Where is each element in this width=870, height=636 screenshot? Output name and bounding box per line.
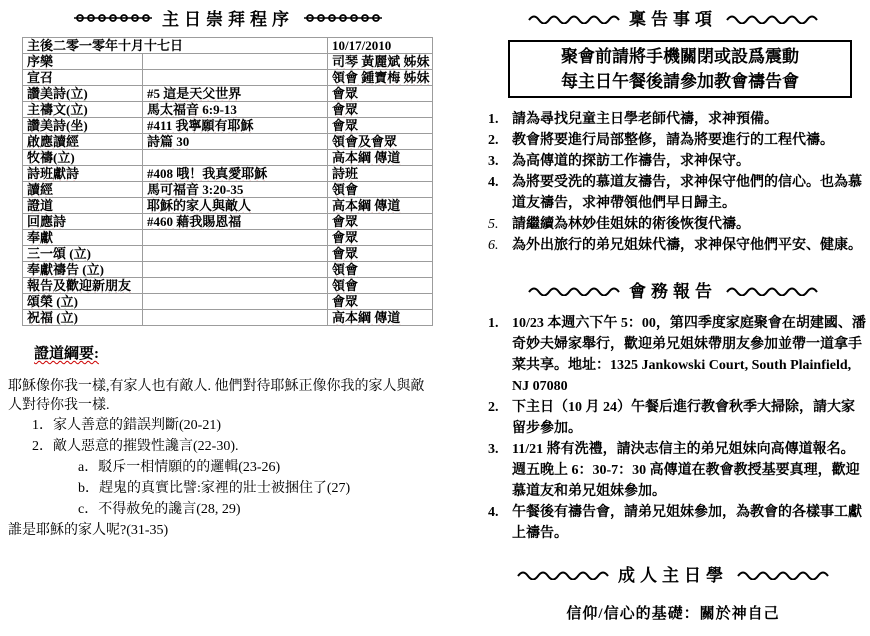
service-item-cell: 頌榮 (立) [23, 294, 143, 310]
proofed-text: 序樂 [27, 54, 53, 69]
service-who-cell: 詩班 [328, 166, 433, 182]
table-row: 啟應讀經詩篇 30領會及會眾 [23, 134, 433, 150]
loop-chain-ornament-icon [303, 12, 383, 24]
service-content-cell: #5 這是天父世界 [143, 86, 328, 102]
table-row: 證道耶穌的家人與敵人高本綱 傳道 [23, 198, 433, 214]
proofed-text: 報告及歡迎新朋友 [27, 278, 131, 293]
service-content-cell [143, 150, 328, 166]
list-item-number: 6. [488, 235, 512, 256]
proofed-text: 宣召 [27, 70, 53, 85]
report-title: 會務報告 [629, 277, 717, 302]
list-item-text: 為外出旅行的弟兄姐妹代禱，求神保守他們平安、健康。 [512, 235, 868, 256]
service-item-cell: 奉獻禱告 (立) [23, 262, 143, 278]
proofed-text: 領會 [332, 262, 358, 277]
list-item-text: 11/21 將有洗禮，請決志信主的弟兄姐妹向高傳道報名。週五晚上 6：30-7：… [512, 439, 868, 502]
service-item-cell: 讚美詩(坐) [23, 118, 143, 134]
list-item-number: 3. [488, 151, 512, 172]
proofed-text: 啟應讀經 [27, 134, 79, 149]
report-item: 2.下主日（10 月 24）午餐后進行教會秋季大掃除，請大家留步參加。 [478, 397, 868, 439]
proofed-text: (立) [53, 150, 75, 165]
report-item: 1.10/23 本週六下午 5：00，第四季度家庭聚會在胡建國、潘奇妙夫婦家舉行… [478, 313, 868, 397]
service-order-table: 主後二零一零年十月十七日10/17/2010序樂司琴 黃麗斌 姊妹宣召領會 鍾寶… [22, 37, 433, 326]
list-item-number: 1. [488, 313, 512, 334]
wave-scroll-ornament-icon [528, 12, 620, 24]
service-content-cell [143, 310, 328, 326]
table-row: 牧禱(立)高本綱 傳道 [23, 150, 433, 166]
table-row: 讚美詩(坐)#411 我寧願有耶穌會眾 [23, 118, 433, 134]
sermon-outline-subpoint: b．趕鬼的真實比譬:家裡的壯士被捆住了(27) [78, 478, 448, 499]
list-item-number: 2. [488, 130, 512, 151]
service-who-cell: 領會及會眾 [328, 134, 433, 150]
proofed-text: 頌榮 [27, 294, 53, 309]
report-item: 3.11/21 將有洗禮，請決志信主的弟兄姐妹向高傳道報名。週五晚上 6：30-… [478, 439, 868, 502]
service-who-cell: 領會 [328, 262, 433, 278]
sermon-outline-heading: 證道綱要: [34, 342, 99, 363]
service-item-cell: 讀經 [23, 182, 143, 198]
service-content-cell [143, 230, 328, 246]
proofed-text: #408 哦！我真愛耶穌 [147, 166, 267, 181]
service-content-cell [143, 246, 328, 262]
table-row: 回應詩#460 藉我賜恩福會眾 [23, 214, 433, 230]
service-date-label: 主後二零一零年十月十七日 [23, 38, 328, 54]
notice-line-2: 每主日午餐後請參加教會禱告會 [510, 69, 850, 94]
sunday-school-title: 成人主日學 [618, 561, 728, 586]
worship-order-title-row: 主日崇拜程序 [0, 5, 456, 30]
service-item-cell: 宣召 [23, 70, 143, 86]
list-item-number: 4. [488, 502, 512, 523]
table-row: 主禱文(立)馬太福音 6:9-13會眾 [23, 102, 433, 118]
service-who-cell: 會眾 [328, 86, 433, 102]
service-date-value: 10/17/2010 [328, 38, 433, 54]
proofed-text: 會眾 [332, 214, 358, 229]
proofed-text: 牧禱 [27, 150, 53, 165]
list-item-number: 3. [488, 439, 512, 460]
service-item-cell: 證道 [23, 198, 143, 214]
list-item-number: 4. [488, 172, 512, 193]
table-row: 宣召領會 鍾寶梅 姊妹 [23, 70, 433, 86]
list-item-text: 教會將要進行局部整修，請為將要進行的工程代禱。 [512, 130, 868, 151]
list-item-text: 下主日（10 月 24）午餐后進行教會秋季大掃除，請大家留步參加。 [512, 397, 868, 439]
list-item-text: 為高傳道的探訪工作禱告，求神保守。 [512, 151, 868, 172]
service-table-body: 主後二零一零年十月十七日10/17/2010序樂司琴 黃麗斌 姊妹宣召領會 鍾寶… [23, 38, 433, 326]
prayer-item: 4.為將要受洗的慕道友禱告，求神保守他們的信心。也為慕道友禱告，求神帶領他們早日… [478, 172, 868, 214]
service-content-cell: #460 藉我賜恩福 [143, 214, 328, 230]
left-page: 主日崇拜程序 主後二零一零年十月十七日10/17/2010序樂司琴 黃麗斌 姊妹… [0, 0, 456, 541]
loop-chain-ornament-icon [73, 12, 153, 24]
proofed-text: 主禱文 [27, 102, 66, 117]
proofed-text: (立) [53, 310, 78, 325]
service-item-cell: 報告及歡迎新朋友 [23, 278, 143, 294]
service-item-cell: 主禱文(立) [23, 102, 143, 118]
list-item-number: 2. [488, 397, 512, 418]
prayer-item: 2.教會將要進行局部整修，請為將要進行的工程代禱。 [478, 130, 868, 151]
service-item-cell: 牧禱(立) [23, 150, 143, 166]
service-who-cell: 會眾 [328, 294, 433, 310]
proofed-text: 三一頌 [27, 246, 66, 261]
prayer-item: 5.請繼續為林妙佳姐妹的術後恢復代禱。 [478, 214, 868, 235]
proofed-text: 詩篇 30 [147, 134, 189, 149]
service-item-cell: 奉獻 [23, 230, 143, 246]
proofed-text: 領會 鍾寶梅 姊妹 [332, 70, 430, 85]
proofed-text: 讚美詩 [27, 118, 66, 133]
wave-scroll-ornament-icon [726, 12, 818, 24]
proofed-text: 高本綱 傳道 [332, 198, 400, 213]
service-who-cell: 領會 [328, 182, 433, 198]
service-content-cell [143, 70, 328, 86]
list-item-text: 請為尋找兒童主日學老師代禱，求神預備。 [512, 109, 868, 130]
proofed-text: (立) [53, 294, 78, 309]
service-who-cell: 領會 [328, 278, 433, 294]
proofed-text: (立) [79, 262, 104, 277]
service-item-cell: 祝福 (立) [23, 310, 143, 326]
service-content-cell: #408 哦！我真愛耶穌 [143, 166, 328, 182]
table-row: 奉獻會眾 [23, 230, 433, 246]
proofed-text: 高本綱 傳道 [332, 150, 400, 165]
notice-line-1: 聚會前請將手機關閉或設爲震動 [510, 44, 850, 69]
announcements-title-row: 稟告事項 [478, 5, 868, 30]
sermon-outline-point: 2．敵人惡意的摧毀性讒言(22-30). [32, 436, 448, 457]
list-item-number: 1. [488, 109, 512, 130]
service-who-cell: 領會 鍾寶梅 姊妹 [328, 70, 433, 86]
proofed-text: 詩班獻詩 [27, 166, 79, 181]
notice-box: 聚會前請將手機關閉或設爲震動 每主日午餐後請參加教會禱告會 [508, 40, 852, 98]
table-row: 報告及歡迎新朋友領會 [23, 278, 433, 294]
proofed-text: 會眾 [332, 230, 358, 245]
prayer-items-list: 1.請為尋找兒童主日學老師代禱，求神預備。2.教會將要進行局部整修，請為將要進行… [478, 109, 868, 256]
table-row: 三一頌 (立)會眾 [23, 246, 433, 262]
service-item-cell: 讚美詩(立) [23, 86, 143, 102]
service-content-cell [143, 54, 328, 70]
service-who-cell: 高本綱 傳道 [328, 150, 433, 166]
service-item-cell: 啟應讀經 [23, 134, 143, 150]
bulletin-sheet: 主日崇拜程序 主後二零一零年十月十七日10/17/2010序樂司琴 黃麗斌 姊妹… [0, 0, 870, 636]
service-content-cell: 馬太福音 6:9-13 [143, 102, 328, 118]
report-items-list: 1.10/23 本週六下午 5：00，第四季度家庭聚會在胡建國、潘奇妙夫婦家舉行… [478, 313, 868, 544]
proofed-text: 詩班 [332, 166, 358, 181]
proofed-text: (立) [66, 246, 91, 261]
report-title-row: 會務報告 [478, 277, 868, 302]
table-row: 詩班獻詩#408 哦！我真愛耶穌詩班 [23, 166, 433, 182]
wave-scroll-ornament-icon [528, 284, 620, 296]
service-content-cell [143, 278, 328, 294]
service-content-cell: 詩篇 30 [143, 134, 328, 150]
proofed-text: 會眾 [332, 294, 358, 309]
service-item-cell: 回應詩 [23, 214, 143, 230]
proofed-text: 會眾 [332, 86, 358, 101]
proofed-text: (立) [66, 102, 88, 117]
proofed-text: 耶穌的家人與敵人 [147, 198, 251, 213]
service-who-cell: 高本綱 傳道 [328, 198, 433, 214]
proofed-text: 讚美詩 [27, 86, 66, 101]
proofed-text: 回應詩 [27, 214, 66, 229]
proofed-text: 高本綱 傳道 [332, 310, 400, 325]
list-item-text: 為將要受洗的慕道友禱告，求神保守他們的信心。也為慕道友禱告，求神帶領他們早日歸主… [512, 172, 868, 214]
list-item-text: 10/23 本週六下午 5：00，第四季度家庭聚會在胡建國、潘奇妙夫婦家舉行，歡… [512, 313, 868, 397]
prayer-item: 3.為高傳道的探訪工作禱告，求神保守。 [478, 151, 868, 172]
table-row: 頌榮 (立)會眾 [23, 294, 433, 310]
proofed-text: 領會 [332, 182, 358, 197]
wave-scroll-ornament-icon [726, 284, 818, 296]
service-who-cell: 會眾 [328, 214, 433, 230]
wave-scroll-ornament-icon [737, 568, 829, 580]
service-who-cell: 會眾 [328, 230, 433, 246]
prayer-item: 6.為外出旅行的弟兄姐妹代禱，求神保守他們平安、健康。 [478, 235, 868, 256]
sermon-outline-subpoint: a．駁斥一相情願的的邏輯(23-26) [78, 457, 448, 478]
table-row: 奉獻禱告 (立)領會 [23, 262, 433, 278]
service-who-cell: 會眾 [328, 246, 433, 262]
service-content-cell: 耶穌的家人與敵人 [143, 198, 328, 214]
proofed-text: #460 藉我賜恩福 [147, 214, 241, 229]
service-who-cell: 會眾 [328, 118, 433, 134]
proofed-text: 會眾 [332, 118, 358, 133]
proofed-text: 讀經 [27, 182, 53, 197]
proofed-text: 領會及會眾 [332, 134, 397, 149]
proofed-text: 證道 [27, 198, 53, 213]
service-content-cell: #411 我寧願有耶穌 [143, 118, 328, 134]
proofed-text: 司琴 黃麗斌 姊妹 [332, 54, 430, 69]
proofed-text: 奉獻禱告 [27, 262, 79, 277]
proofed-text: 奉獻 [27, 230, 53, 245]
service-content-cell [143, 294, 328, 310]
wave-scroll-ornament-icon [517, 568, 609, 580]
sunday-school-title-row: 成人主日學 [478, 561, 868, 586]
sermon-outline-subpoint: c．不得赦免的讒言(28, 29) [78, 499, 448, 520]
proofed-text: 會眾 [332, 246, 358, 261]
sermon-outline: 證道綱要: 耶穌像你我一樣,有家人也有敵人. 他們對待耶穌正像你我的家人與敵人對… [8, 342, 448, 541]
proofed-text: 祝福 [27, 310, 53, 325]
proofed-text: #411 我寧願有耶穌 [147, 118, 254, 133]
list-item-text: 午餐後有禱告會，請弟兄姐妹參加，為教會的各樣事工獻上禱告。 [512, 502, 868, 544]
proofed-text: (坐) [66, 118, 88, 133]
table-row: 讚美詩(立)#5 這是天父世界會眾 [23, 86, 433, 102]
proofed-text: (立) [66, 86, 88, 101]
sunday-school-topic: 信仰/信心的基礎：關於神自己 [478, 602, 868, 623]
service-content-cell: 馬可福音 3:20-35 [143, 182, 328, 198]
proofed-text: 馬太福音 6:9-13 [147, 102, 237, 117]
sermon-outline-point: 1．家人善意的錯誤判斷(20-21) [32, 415, 448, 436]
table-row: 序樂司琴 黃麗斌 姊妹 [23, 54, 433, 70]
prayer-item: 1.請為尋找兒童主日學老師代禱，求神預備。 [478, 109, 868, 130]
service-item-cell: 序樂 [23, 54, 143, 70]
table-row: 讀經馬可福音 3:20-35領會 [23, 182, 433, 198]
table-row: 主後二零一零年十月十七日10/17/2010 [23, 38, 433, 54]
announcements-title: 稟告事項 [629, 5, 717, 30]
service-who-cell: 高本綱 傳道 [328, 310, 433, 326]
proofed-text: 領會 [332, 278, 358, 293]
sermon-outline-intro: 耶穌像你我一樣,有家人也有敵人. 他們對待耶穌正像你我的家人與敵人對待你我一樣. [8, 377, 436, 415]
service-who-cell: 會眾 [328, 102, 433, 118]
service-who-cell: 司琴 黃麗斌 姊妹 [328, 54, 433, 70]
proofed-text: 馬可福音 3:20-35 [147, 182, 243, 197]
service-content-cell [143, 262, 328, 278]
list-item-number: 5. [488, 214, 512, 235]
list-item-text: 請繼續為林妙佳姐妹的術後恢復代禱。 [512, 214, 868, 235]
proofed-text: #5 這是天父世界 [147, 86, 241, 101]
service-item-cell: 詩班獻詩 [23, 166, 143, 182]
sermon-outline-closing: 誰是耶穌的家人呢?(31-35) [8, 520, 448, 541]
report-item: 4.午餐後有禱告會，請弟兄姐妹參加，為教會的各樣事工獻上禱告。 [478, 502, 868, 544]
sermon-outline-points: 1．家人善意的錯誤判斷(20-21)2．敵人惡意的摧毀性讒言(22-30).a．… [8, 415, 448, 520]
service-item-cell: 三一頌 (立) [23, 246, 143, 262]
right-page: 稟告事項 聚會前請將手機關閉或設爲震動 每主日午餐後請參加教會禱告會 1.請為尋… [478, 0, 868, 623]
table-row: 祝福 (立)高本綱 傳道 [23, 310, 433, 326]
proofed-text: 會眾 [332, 102, 358, 117]
worship-order-title: 主日崇拜程序 [162, 5, 294, 30]
